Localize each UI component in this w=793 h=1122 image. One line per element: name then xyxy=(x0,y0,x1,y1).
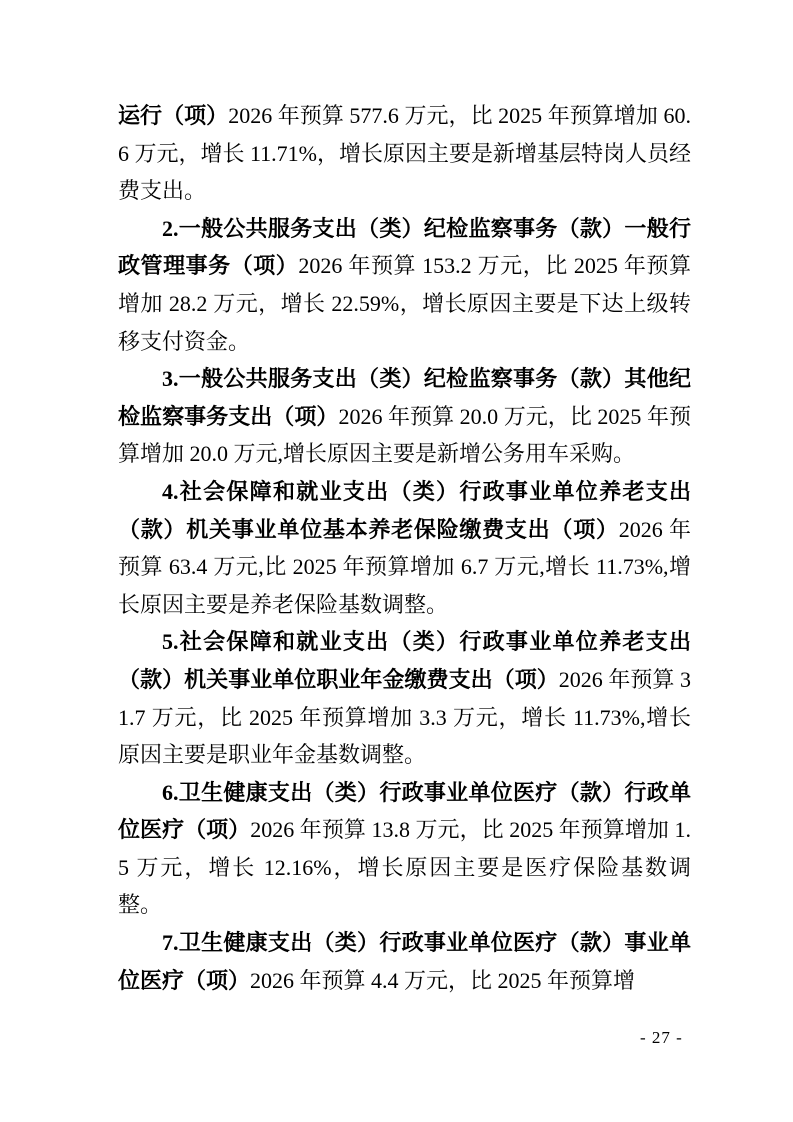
paragraph-heading: 4.社会保障和就业支出（类）行政事业单位养老支出（款）机关事业单位基本养老保险缴… xyxy=(118,479,691,542)
paragraph: 7.卫生健康支出（类）行政事业单位医疗（款）事业单位医疗（项）2026 年预算 … xyxy=(118,924,691,999)
page-number: - 27 - xyxy=(640,1029,683,1046)
text-block: 运行（项）2026 年预算 577.6 万元，比 2025 年预算增加 60.6… xyxy=(118,97,691,999)
paragraph: 6.卫生健康支出（类）行政事业单位医疗（款）行政单位医疗（项）2026 年预算 … xyxy=(118,774,691,924)
paragraph-heading: 运行（项） xyxy=(118,103,228,128)
document-page: 运行（项）2026 年预算 577.6 万元，比 2025 年预算增加 60.6… xyxy=(0,0,793,1122)
paragraph-body: 2026 年预算 4.4 万元，比 2025 年预算增 xyxy=(250,968,635,993)
paragraph: 2.一般公共服务支出（类）纪检监察事务（款）一般行政管理事务（项）2026 年预… xyxy=(118,210,691,360)
paragraph: 3.一般公共服务支出（类）纪检监察事务（款）其他纪检监察事务支出（项）2026 … xyxy=(118,360,691,473)
paragraph: 运行（项）2026 年预算 577.6 万元，比 2025 年预算增加 60.6… xyxy=(118,97,691,210)
paragraph: 4.社会保障和就业支出（类）行政事业单位养老支出（款）机关事业单位基本养老保险缴… xyxy=(118,473,691,623)
paragraph: 5.社会保障和就业支出（类）行政事业单位养老支出（款）机关事业单位职业年金缴费支… xyxy=(118,623,691,773)
